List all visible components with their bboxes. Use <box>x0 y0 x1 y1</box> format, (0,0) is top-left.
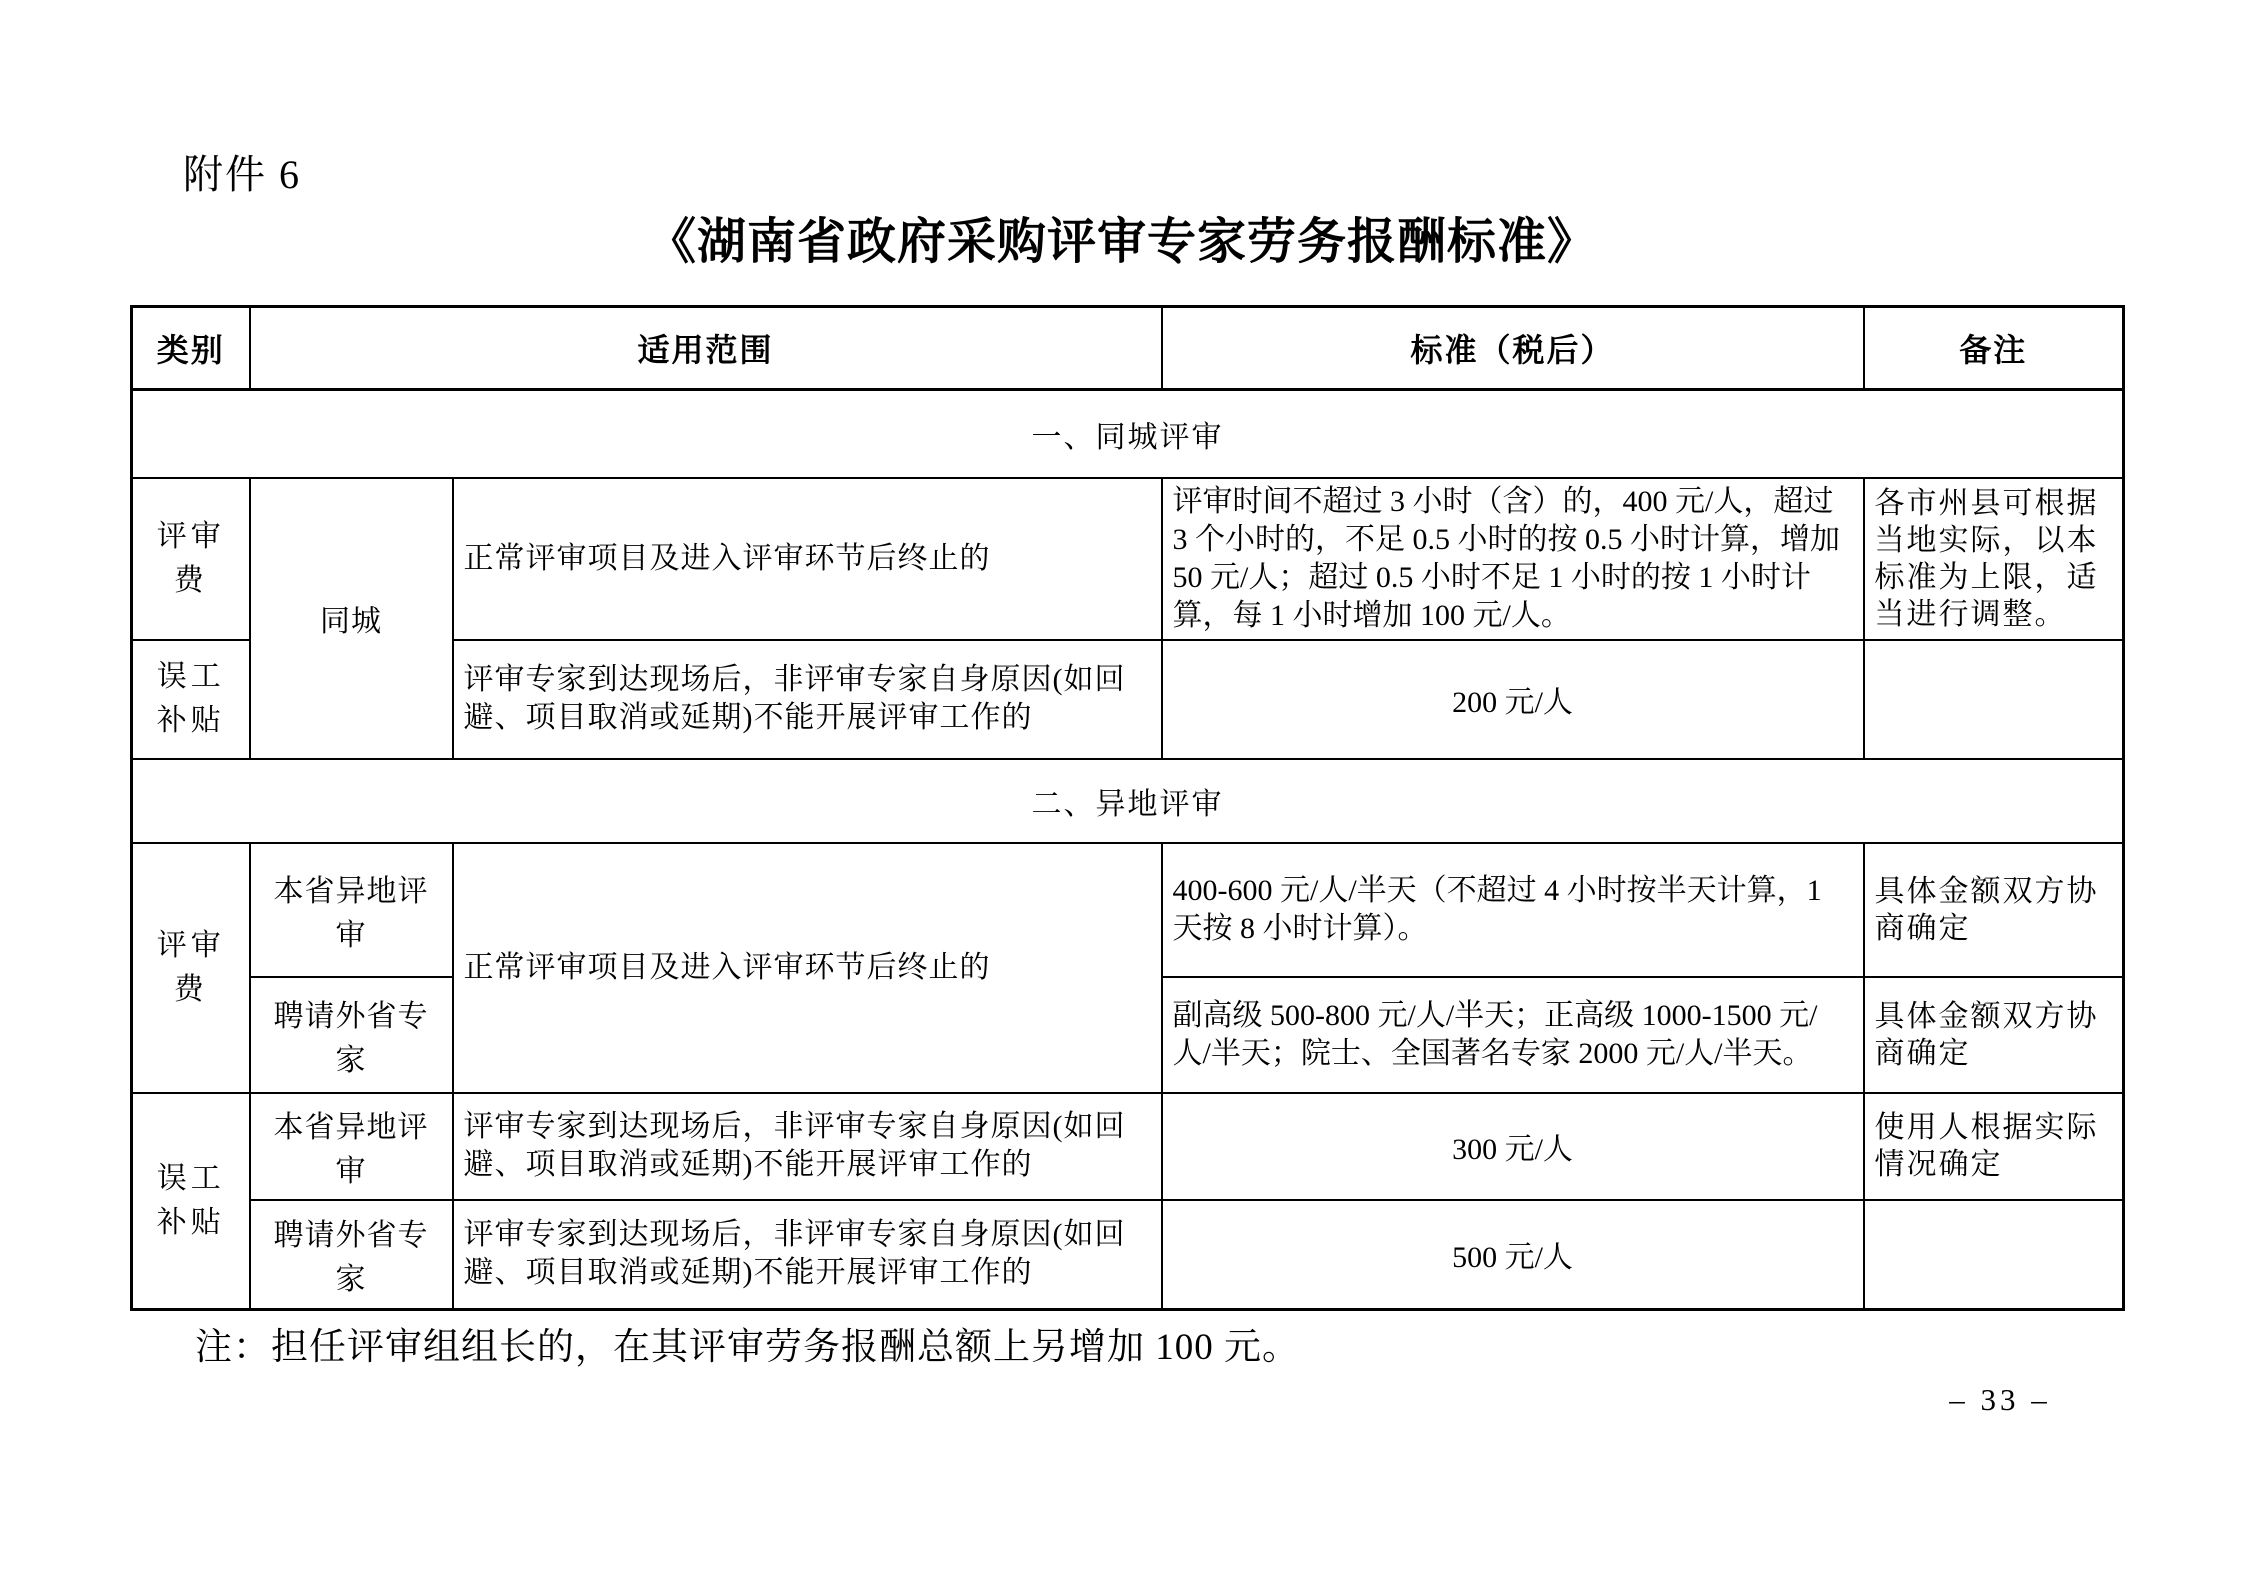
header-scope: 适用范围 <box>250 307 1162 390</box>
cell-s2fee-r2-remark: 具体金额双方协商确定 <box>1864 977 2124 1093</box>
cell-s2fee-r1-subcategory: 本省异地评审 <box>250 843 453 977</box>
cell-s2delay-r2-scope: 评审专家到达现场后，非评审专家自身原因(如回避、项目取消或延期)不能开展评审工作… <box>453 1200 1162 1310</box>
cell-s2delay-r2-standard: 500 元/人 <box>1162 1200 1864 1310</box>
cell-s1r2-standard: 200 元/人 <box>1162 640 1864 759</box>
document-page: 附件 6 《湖南省政府采购评审专家劳务报酬标准》 类别 适用范围 标准（税后） … <box>0 0 2244 1587</box>
section2-title-row: 二、异地评审 <box>132 759 2124 843</box>
cell-s1r2-scope: 评审专家到达现场后，非评审专家自身原因(如回避、项目取消或延期)不能开展评审工作… <box>453 640 1162 759</box>
cell-s2delay-r1-remark: 使用人根据实际情况确定 <box>1864 1093 2124 1200</box>
cell-s2delay-category: 误工补贴 <box>132 1093 250 1310</box>
section2-title: 二、异地评审 <box>132 759 2124 843</box>
attachment-label: 附件 6 <box>183 143 301 200</box>
cell-s1r1-remark: 各市州县可根据当地实际，以本标准为上限，适当进行调整。 <box>1864 478 2124 640</box>
table-row: 评审费 本省异地评审 正常评审项目及进入评审环节后终止的 400-600 元/人… <box>132 843 2124 977</box>
cell-s1r2-category: 误工补贴 <box>132 640 250 759</box>
cell-s1r1-scope: 正常评审项目及进入评审环节后终止的 <box>453 478 1162 640</box>
header-category: 类别 <box>132 307 250 390</box>
table-row: 聘请外省专家 评审专家到达现场后，非评审专家自身原因(如回避、项目取消或延期)不… <box>132 1200 2124 1310</box>
cell-s1r2-remark <box>1864 640 2124 759</box>
cell-s2fee-r2-standard: 副高级 500-800 元/人/半天；正高级 1000-1500 元/人/半天；… <box>1162 977 1864 1093</box>
cell-s2fee-scope: 正常评审项目及进入评审环节后终止的 <box>453 843 1162 1093</box>
cell-s2fee-r2-subcategory: 聘请外省专家 <box>250 977 453 1093</box>
table-row: 评审费 同城 正常评审项目及进入评审环节后终止的 评审时间不超过 3 小时（含）… <box>132 478 2124 640</box>
table-header-row: 类别 适用范围 标准（税后） 备注 <box>132 307 2124 390</box>
page-title: 《湖南省政府采购评审专家劳务报酬标准》 <box>0 203 2244 273</box>
section1-title-row: 一、同城评审 <box>132 390 2124 478</box>
cell-s2delay-r1-standard: 300 元/人 <box>1162 1093 1864 1200</box>
section1-title: 一、同城评审 <box>132 390 2124 478</box>
page-number: – 33 – <box>1880 1382 2120 1418</box>
cell-s1r1-standard: 评审时间不超过 3 小时（含）的，400 元/人，超过 3 个小时的，不足 0.… <box>1162 478 1864 640</box>
table-note: 注：担任评审组组长的，在其评审劳务报酬总额上另增加 100 元。 <box>195 1316 1300 1370</box>
header-remark: 备注 <box>1864 307 2124 390</box>
cell-s2delay-r1-scope: 评审专家到达现场后，非评审专家自身原因(如回避、项目取消或延期)不能开展评审工作… <box>453 1093 1162 1200</box>
cell-s2delay-r2-remark <box>1864 1200 2124 1310</box>
cell-s2fee-r1-remark: 具体金额双方协商确定 <box>1864 843 2124 977</box>
cell-s2delay-r2-subcategory: 聘请外省专家 <box>250 1200 453 1310</box>
cell-s2fee-category: 评审费 <box>132 843 250 1093</box>
cell-s1r1-category: 评审费 <box>132 478 250 640</box>
cell-s2delay-r1-subcategory: 本省异地评审 <box>250 1093 453 1200</box>
table-row: 误工补贴 本省异地评审 评审专家到达现场后，非评审专家自身原因(如回避、项目取消… <box>132 1093 2124 1200</box>
cell-s1-subcategory: 同城 <box>250 478 453 759</box>
header-standard: 标准（税后） <box>1162 307 1864 390</box>
compensation-standard-table: 类别 适用范围 标准（税后） 备注 一、同城评审 评审费 同城 正常评审项目及进… <box>130 305 2125 1311</box>
cell-s2fee-r1-standard: 400-600 元/人/半天（不超过 4 小时按半天计算，1 天按 8 小时计算… <box>1162 843 1864 977</box>
